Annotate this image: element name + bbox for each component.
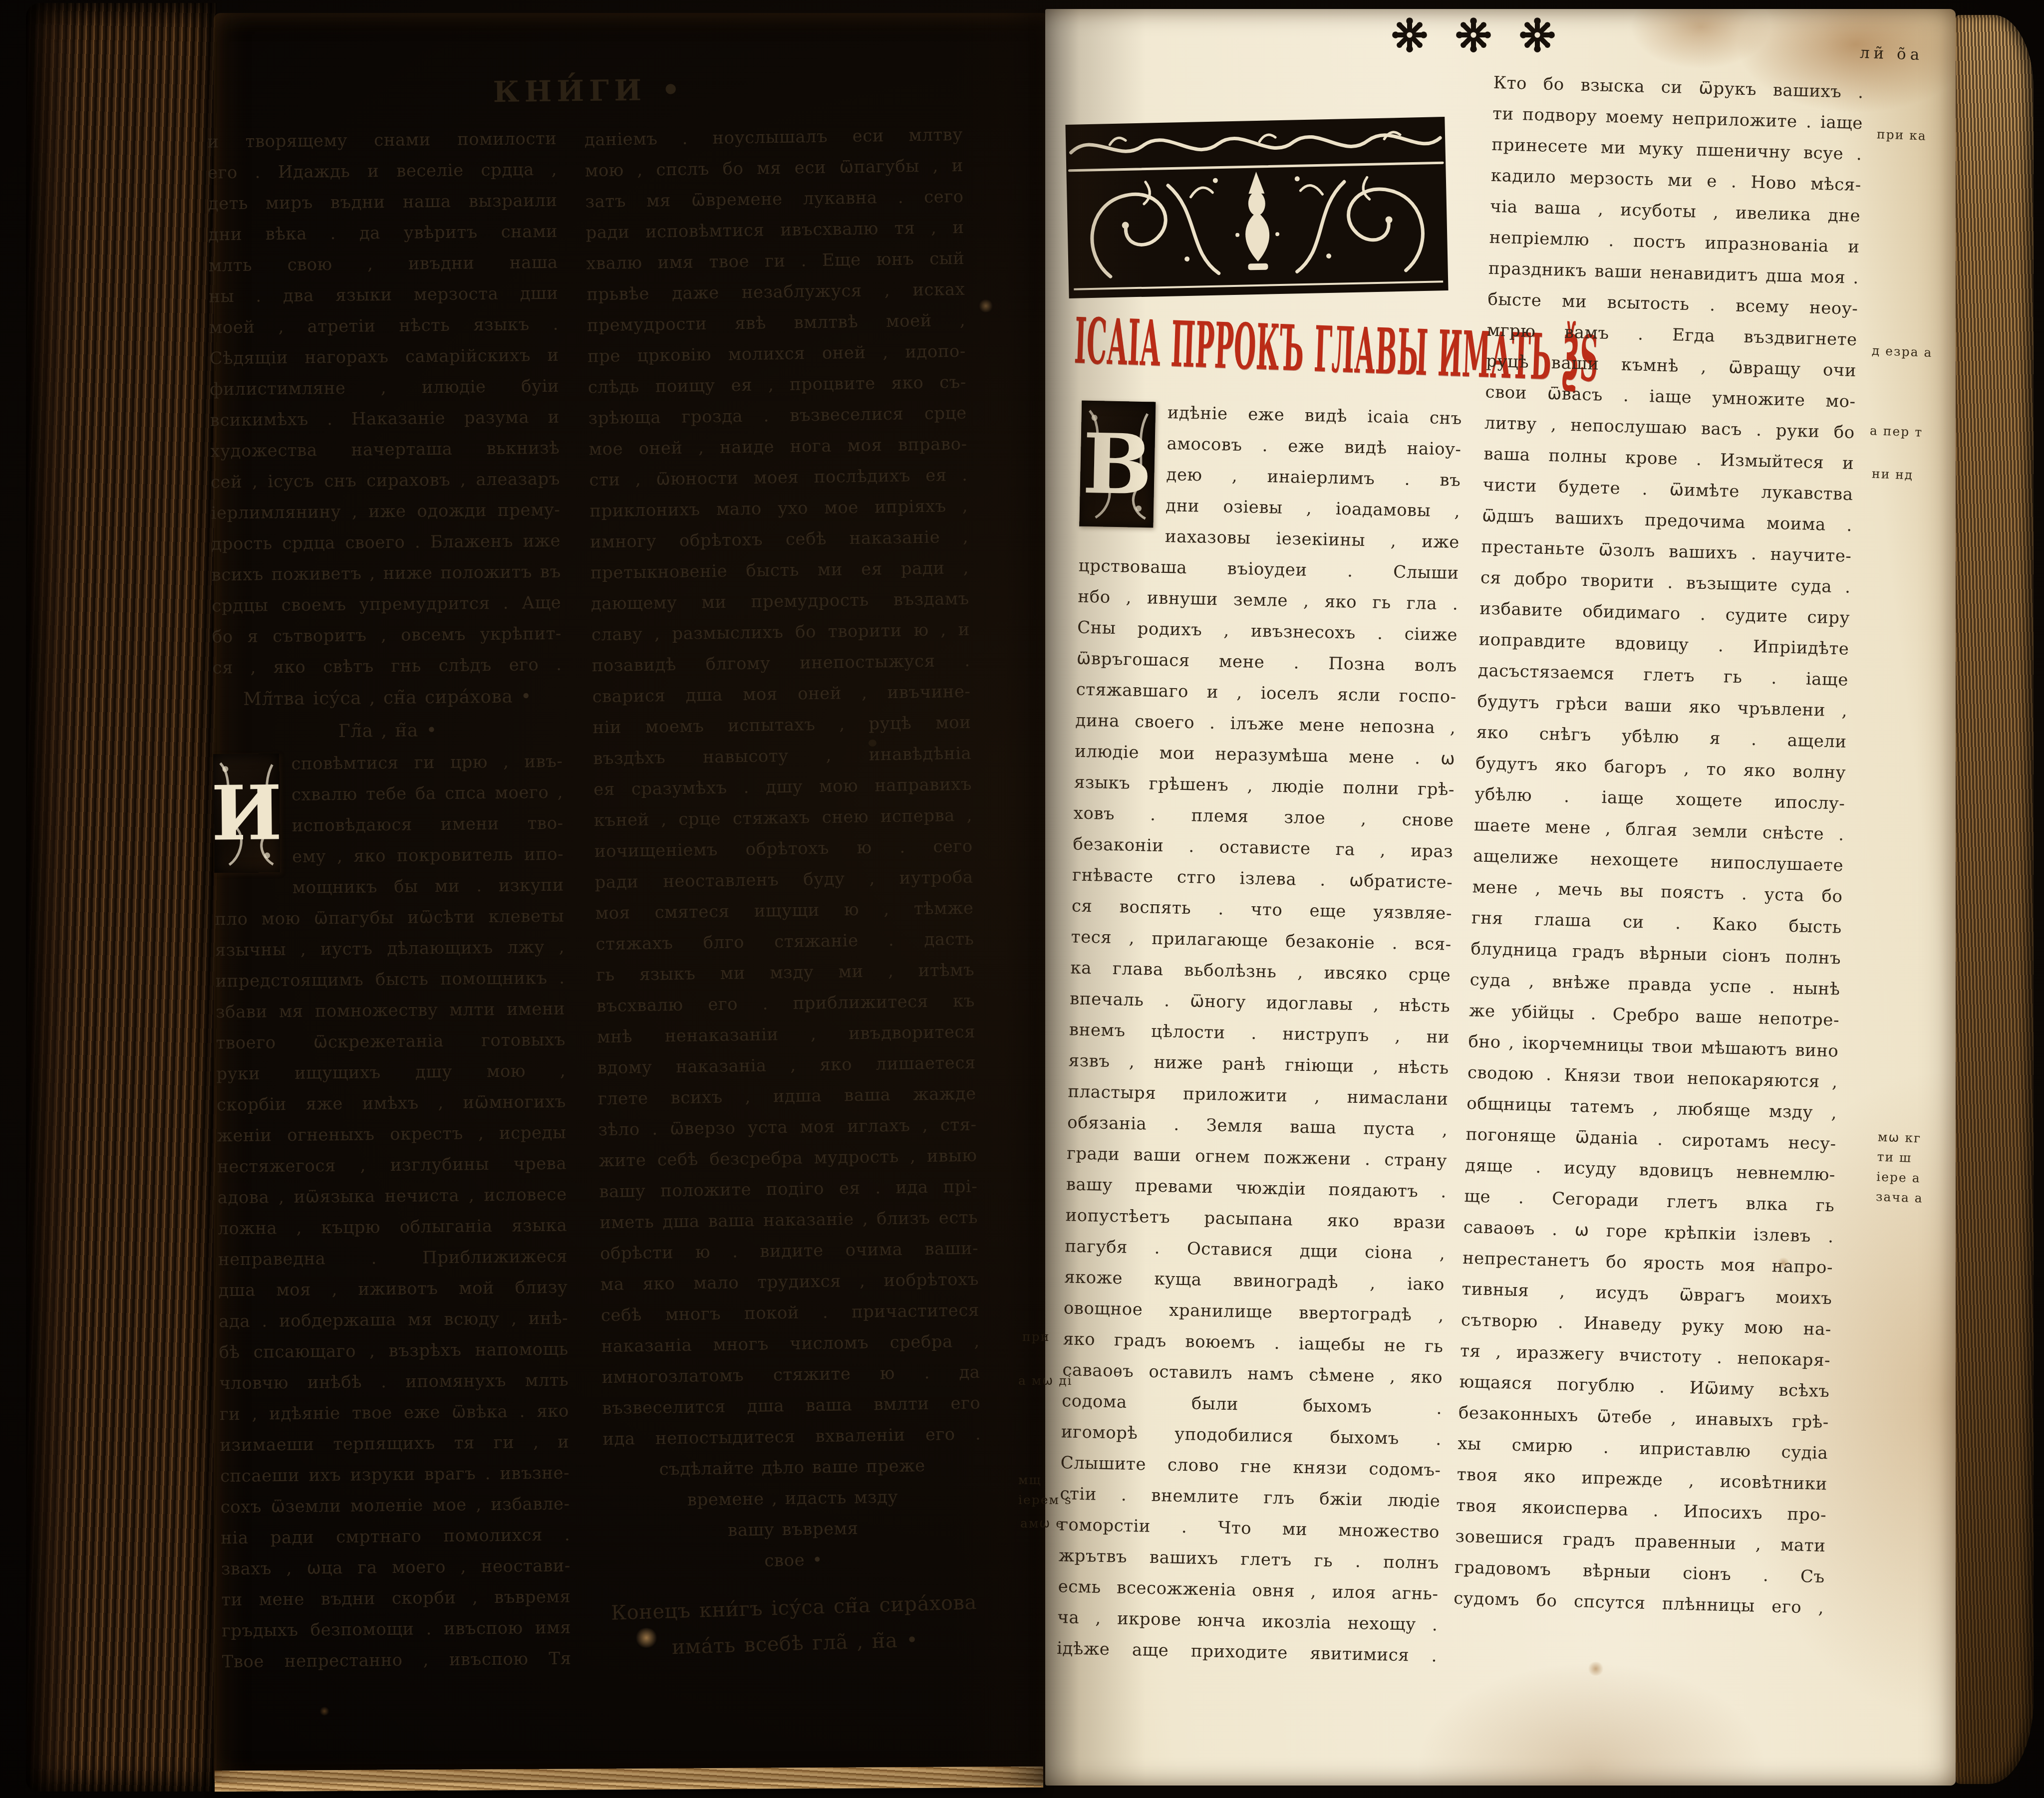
text-line: женіи огненыхъ окрестъ , исреды огня [217, 1117, 567, 1152]
text-line: звахъ , ѡца га моего , неостави- [221, 1550, 571, 1585]
sirach-51-text: сповѣмтися ги црю , ивъ-схвалю тебе ба с… [213, 746, 572, 1678]
text-line: хвалю имя твое ги . Еще юнъ сый [586, 243, 965, 279]
sirach-51-paragraph: И сповѣмтися ги црю , ивъ-схвалю тебе ба… [213, 746, 572, 1678]
margin-note-reference: д езра а [1872, 343, 1933, 360]
isaiah-1-text: идѣніе еже видѣ ісаіа снъамосовъ . еже в… [1057, 396, 1462, 1672]
ornate-initial-i: И [213, 754, 280, 873]
margin-note-reference: ни нд [1872, 467, 1914, 483]
isaiah-title-vyaz: ІСАІА ПРРОКЪ ГЛАВЫ ИМАТЬ ѮЅ [1073, 316, 1447, 395]
text-line: млть свою , ивъдни наша даизбавитъ [208, 247, 558, 281]
text-line: дни озіевы , іоадамовы , [1166, 490, 1460, 527]
text-line: ради исповѣмтися ивъсхвалю тя , и [585, 212, 964, 249]
sirach-51-text-continued: даніемъ . ноуслышалъ еси млтвумою , спсл… [584, 119, 981, 1455]
text-line: зрѣюща грозда . възвеселися срце [588, 398, 967, 434]
text-line: зача а [1875, 1187, 1923, 1208]
page-edges-left [26, 3, 217, 1792]
text-line: и творящему снами помилости [207, 123, 557, 158]
left-column-1: и творящему снами помилостиего . Идаждь … [207, 123, 572, 1678]
text-line: ніи моемъ испытахъ , руцѣ мои [592, 707, 971, 744]
text-line: позавидѣ блгому инепостыжуся . [591, 645, 970, 682]
text-line: мѡ кг [1877, 1127, 1925, 1148]
foxing-spot [635, 1628, 658, 1648]
photograph-background: КНИ́ГИ • и творящему снами помилостиего … [0, 0, 2044, 1798]
text-line: дрость срдца своего . Блаженъ иже [211, 525, 561, 560]
text-line: амосовъ . еже видѣ наіоу- [1167, 428, 1461, 465]
ornate-initial-v: В [1079, 401, 1156, 528]
text-line: съдѣлайте дѣло ваше преже [603, 1450, 982, 1486]
text-line: къней , срце стяжахъ снею исперва , [594, 800, 973, 836]
foxing-spot [319, 1707, 329, 1716]
text-line: Сѣдящіи нагорахъ самарійскихъ и [209, 340, 559, 374]
ink-blot [869, 740, 876, 747]
text-line: мою , спслъ бо мя еси ѿпагубы , и [584, 150, 963, 187]
text-line: художества начерташа вькнизѣ [210, 433, 560, 467]
text-line: язычны , иустъ дѣлающихъ лжу , [215, 932, 565, 966]
text-line: приклонихъ мало ухо мое ипріяхъ , [589, 491, 968, 527]
text-line: въздѣхъ навысоту , инавѣдѣніа [593, 738, 972, 774]
text-line: вашу въвремя [603, 1512, 982, 1548]
text-line: гръдыхъ безпомощи . ивъспою имя [222, 1612, 572, 1647]
text-line: ти ш [1877, 1147, 1925, 1168]
isaiah-1-text-continued: Кто бо взыска си ѿрукъ вашихъ . ходи-ти … [1454, 67, 1864, 1623]
text-line: дша моя , иживотъ мой близу [218, 1272, 568, 1306]
text-line: адова , иѿязыка нечиста , исловесе [217, 1179, 567, 1214]
sirach-51-heading: Мл̃тва ісу́са , сн̃а сира́хова • [213, 680, 563, 717]
text-line: бѣ спсающаго , възрѣхъ напомощь [219, 1334, 569, 1368]
text-line: сохъ ѿземли моленіе мое , избавле- [220, 1489, 570, 1523]
text-line: руки ищущихъ дшу мою , иѿмногихъ [216, 1055, 566, 1090]
margin-note-reference: при ка [1877, 127, 1927, 143]
folio-mark: ли̃ о̃а [1859, 44, 1924, 64]
text-line: ны . два языки мерзоста дши [209, 278, 559, 312]
text-line: претыкновеніе бысть ми ея ради , [590, 552, 969, 589]
text-line: дни вѣка . да увѣритъ снами [208, 216, 558, 251]
text-line: мщ [1018, 1470, 1072, 1490]
text-line: ипредстоящимъ бысть помощникъ . и [215, 963, 565, 997]
text-line: филистимляне , илюдіе буіи живущіи [210, 371, 560, 405]
text-line: идѣніе еже видѣ ісаіа снъ [1167, 397, 1462, 434]
text-line: имногозлатомъ стяжите ю . да [601, 1357, 980, 1393]
text-line: мощникъ бы ми . изкупи [292, 870, 564, 903]
text-line: чловчю инѣбѣ . ипомянухъ млть твою [219, 1365, 569, 1399]
sirach-50-end-text: и творящему снами помилостиего . Идаждь … [207, 123, 562, 684]
text-line: иахазовы іезекіины , иже [1165, 521, 1460, 558]
text-line: свое • [604, 1542, 983, 1579]
text-line: гь языкъ ми мзду ми , итѣмъ [596, 955, 975, 991]
margin-note-cluster: мѡ кгти шіере азача а [1875, 1127, 1925, 1208]
headpiece-woodcut [1064, 116, 1449, 299]
text-line: іере а [1876, 1167, 1924, 1188]
right-column-1: В идѣніе еже видѣ ісаіа снъамосовъ . еже… [1057, 396, 1462, 1672]
margin-note-reference: при [1022, 1329, 1050, 1344]
margin-note-reference: а пер т [1870, 423, 1923, 440]
text-line: сти , ѿюности моея послѣдихъ ея . [589, 460, 968, 496]
text-line: збави мя помножеству млти имени [216, 994, 566, 1028]
text-line: изимаеши терпящихъ тя ги , и [220, 1427, 570, 1461]
fleuron-icon [1392, 17, 1428, 53]
margin-note-reference: амѡ е [1020, 1516, 1064, 1531]
text-line: времене , идасть мзду [603, 1481, 982, 1517]
text-line: имногу обрѣтохъ себѣ наказаніе , [590, 521, 969, 558]
text-line: затъ мя ѿвремене лукавна . сего [585, 181, 964, 218]
text-line: себѣ многъ покой . причаститеся [600, 1295, 979, 1331]
isaiah-1-paragraph: В идѣніе еже видѣ ісаіа снъамосовъ . еже… [1057, 396, 1462, 1672]
initial-letter: И [211, 775, 283, 851]
text-line: скорбіи яже имѣхъ , иѿмногихъ сож- [217, 1086, 567, 1121]
text-line: ма яко мало трудихся , иобрѣтохъ [600, 1264, 979, 1300]
text-line: Твое непрестанно , ивъспою Тя исповѣ- [222, 1643, 572, 1678]
text-line: моя смятеся ищущи ю , тѣмже [595, 893, 974, 929]
text-line: даніемъ . ноуслышалъ еси млтву [584, 119, 963, 156]
text-line: ида непостыдитеся вхваленіи его . [602, 1419, 981, 1455]
text-line: възвеселится дша ваша вмлти его [602, 1388, 981, 1424]
text-line: ся , яко свѣтъ гнь слѣдъ его . [212, 649, 562, 684]
text-line: зѣло . ѿверзо уста моя иглахъ , стя- [598, 1109, 977, 1146]
text-line: неправедна . Приближижеся идосмрти [218, 1241, 568, 1276]
text-line: моей , атретіи нѣсть языкъ . [209, 309, 559, 343]
sirach-colophon: Конецъ кни́гъ ісу́са сн̃а сира́хова . им… [604, 1584, 985, 1667]
text-line: дающему ми премудрость въздамъ [590, 583, 969, 620]
text-line: слѣдь поищу ея , процвите яко съ- [587, 367, 966, 403]
printer-fleurons [1392, 17, 1555, 53]
foxing-spot [978, 299, 993, 312]
text-line: ея сразумѣхъ . дшу мою направихъ [593, 769, 972, 805]
text-line: пре црковію молихся оней , идопо- [587, 336, 966, 372]
text-line: вашу положите подіго ея . ида прі- [599, 1171, 978, 1208]
text-line: іерлимлянину , иже одожди прему- [211, 495, 561, 529]
text-line: наказаніа многъ числомъ сребра , [601, 1326, 980, 1362]
text-line: въсхвалю его . приближитеся къ [596, 986, 975, 1022]
text-line: его . Идаждь и веселіе срдца , идабу- [208, 154, 558, 189]
text-line: премудрости явѣ вмлтвѣ моей , [587, 305, 966, 341]
text-line: исповѣдаюся имени тво- [292, 808, 564, 841]
text-line: прьвѣе даже незаблужуся , исках [586, 274, 965, 310]
fleuron-icon [1519, 17, 1555, 53]
text-line: обрѣсти ю . видите очима ваши- [600, 1233, 979, 1270]
text-line: жите себѣ безсребра мудрость , ивыю [598, 1140, 977, 1177]
text-line: ти мене въдни скорби , въвремя [221, 1581, 571, 1616]
text-line: твоего ѿскрежетаніа готовыхъ наядь , ѿ [216, 1025, 566, 1059]
text-line: всихъ поживетъ , ниже положитъ въ [211, 556, 561, 591]
text-line: славу , размыслихъ бо творити ю , и [591, 614, 970, 651]
margin-note-reference: а мѡ ді [1018, 1373, 1073, 1388]
running-head: КНИ́ГИ • [459, 72, 719, 109]
page-edges-right [1955, 15, 2034, 1784]
text-line: мнѣ ненаказаніи , ивъдворитеся [597, 1017, 976, 1053]
initial-letter: В [1082, 422, 1153, 506]
text-line: иметь дша ваша наказаніе , близъ есть [599, 1202, 978, 1239]
foxing-spot [1777, 1258, 1790, 1269]
text-line: всикимѣхъ . Наказаніе разума и [210, 402, 560, 436]
text-line: сей , ісусъ снъ сираховъ , алеазаръ [211, 464, 561, 498]
text-line: ніа ради смртнаго помолихся . ипри- [221, 1520, 571, 1554]
text-line: бо я сътворитъ , овсемъ укрѣпит- [212, 618, 562, 653]
text-line: сварися дша моя оней , ивъчине- [592, 676, 971, 713]
sirach-51-chapter-number: Гл̃а , н̃а • [213, 713, 563, 750]
woodcut-ornament-icon [1064, 116, 1449, 299]
foxing-spot [1587, 1662, 1604, 1676]
text-line: мое оней , наиде нога моя вправо- [588, 429, 967, 465]
text-line: ада . иобдержаша мя всюду , инѣ- [219, 1303, 569, 1337]
text-line: спсаеши ихъ изруки врагъ . ивъзне- [220, 1458, 570, 1492]
text-line: нестяжегося , изглубины чрева [217, 1148, 567, 1183]
text-line: вдому наказаніа , яко лишаетеся [597, 1047, 976, 1084]
text-line: ему , яко покровитель ипо- [292, 839, 564, 872]
text-line: сповѣмтися ги црю , ивъ- [291, 746, 563, 779]
sirach-51-taper-ending: съдѣлайте дѣло ваше прежевремене , идаст… [603, 1450, 983, 1579]
text-line: дею , инаіерлимъ . въ [1166, 459, 1461, 496]
text-line: срдцы своемъ упремудрится . Аще [212, 587, 562, 622]
text-line: пло мою ѿпагубы иѿсѣти клеветы [215, 901, 565, 935]
text-line: схвалю тебе ба спса моего , [292, 777, 564, 810]
text-line: іерем ѕ [1018, 1490, 1072, 1510]
text-line: ложна , къцрю облыганіа языка [218, 1210, 568, 1245]
text-line: деть миръ въдни наша вызраили яко [208, 185, 558, 220]
text-line: ги , идѣяніе твое еже ѿвѣка . яко [220, 1396, 570, 1430]
text-line: иочищеніемъ обрѣтохъ ю . сего [594, 831, 973, 867]
left-column-2: даніемъ . ноуслышалъ еси млтвумою , спсл… [584, 119, 984, 1664]
fleuron-icon [1456, 17, 1491, 53]
text-line: стяжахъ блго стяжаніе . дасть [595, 924, 974, 960]
text-line: ради неоставленъ буду , иутроба [594, 862, 973, 898]
margin-note-cluster: мщіерем ѕ [1018, 1470, 1072, 1510]
right-column-2: Кто бо взыска си ѿрукъ вашихъ . ходи-ти … [1454, 67, 1864, 1623]
text-line: глете всихъ , идша ваша жажде [597, 1078, 976, 1115]
